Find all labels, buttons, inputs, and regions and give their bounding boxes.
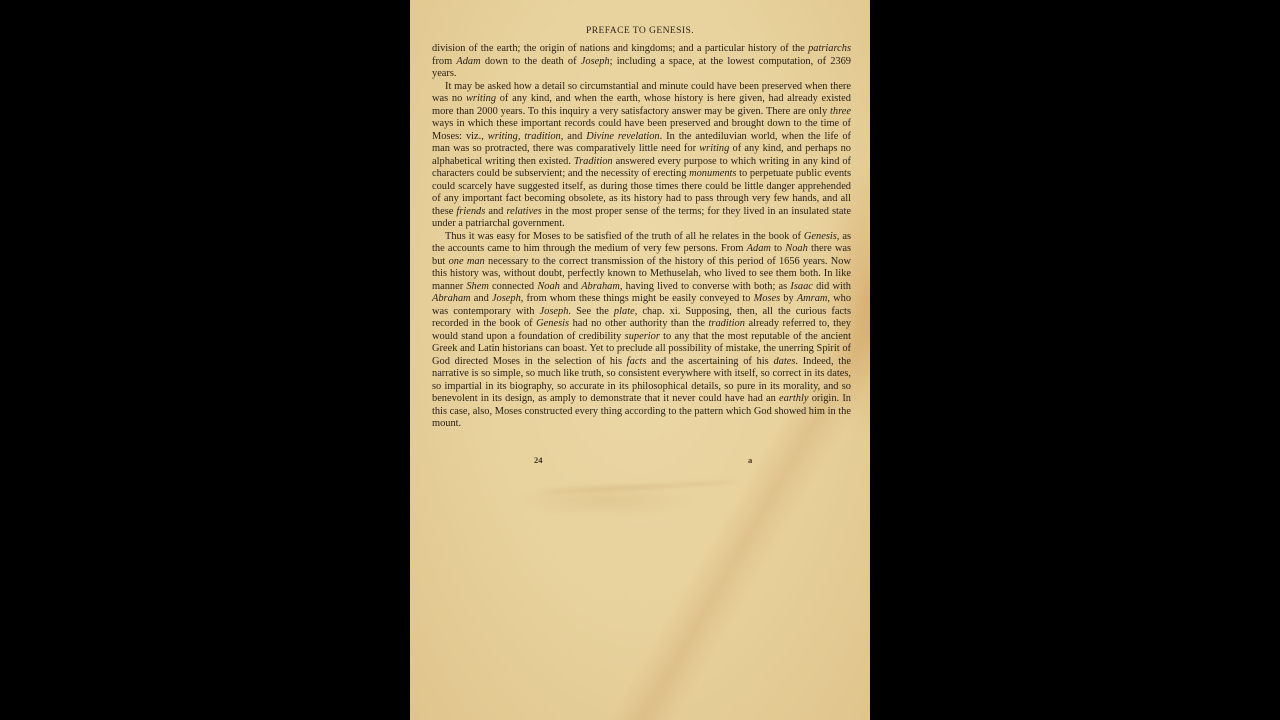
italic-term: Adam bbox=[456, 56, 480, 67]
italic-term: relatives bbox=[506, 206, 541, 217]
italic-term: writing bbox=[488, 131, 518, 142]
italic-term: plate bbox=[614, 306, 635, 317]
italic-term: tradition bbox=[524, 131, 560, 142]
italic-term: Shem bbox=[466, 281, 489, 292]
italic-term: Divine revelation bbox=[586, 131, 659, 142]
paper-stain bbox=[540, 480, 740, 494]
italic-term: Genesis bbox=[804, 231, 837, 242]
paragraph: division of the earth; the origin of nat… bbox=[432, 43, 851, 81]
italic-term: Abraham bbox=[581, 281, 620, 292]
italic-term: dates bbox=[773, 356, 795, 367]
italic-term: Tradition bbox=[574, 156, 613, 167]
italic-term: superior bbox=[625, 331, 660, 342]
italic-term: one man bbox=[449, 256, 485, 267]
running-head: PREFACE TO GENESIS. bbox=[410, 25, 870, 36]
paragraph: It may be asked how a detail so circumst… bbox=[432, 81, 851, 231]
italic-term: three bbox=[830, 106, 851, 117]
page-footer: 24 a bbox=[410, 455, 870, 467]
italic-term: friends bbox=[456, 206, 485, 217]
italic-term: Genesis bbox=[536, 318, 569, 329]
page-number: 24 bbox=[534, 455, 543, 465]
document-viewer: PREFACE TO GENESIS. division of the eart… bbox=[0, 0, 1280, 720]
italic-term: Joseph bbox=[492, 293, 521, 304]
italic-term: Noah bbox=[537, 281, 560, 292]
italic-term: Joseph bbox=[540, 306, 569, 317]
italic-term: facts bbox=[627, 356, 647, 367]
italic-term: monuments bbox=[689, 168, 736, 179]
body-text: division of the earth; the origin of nat… bbox=[432, 43, 851, 431]
italic-term: Moses bbox=[754, 293, 781, 304]
signature-mark: a bbox=[748, 455, 752, 465]
book-page: PREFACE TO GENESIS. division of the eart… bbox=[410, 0, 870, 720]
italic-term: Amram bbox=[797, 293, 828, 304]
italic-term: writing bbox=[466, 93, 496, 104]
italic-term: earthly bbox=[779, 393, 808, 404]
italic-term: Noah bbox=[785, 243, 808, 254]
italic-term: writing bbox=[699, 143, 729, 154]
italic-term: Abraham bbox=[432, 293, 471, 304]
italic-term: patriarchs bbox=[808, 43, 851, 54]
italic-term: Isaac bbox=[790, 281, 813, 292]
paragraph: Thus it was easy for Moses to be satisfi… bbox=[432, 231, 851, 431]
italic-term: Adam bbox=[747, 243, 771, 254]
italic-term: Joseph bbox=[581, 56, 610, 67]
italic-term: tradition bbox=[709, 318, 745, 329]
